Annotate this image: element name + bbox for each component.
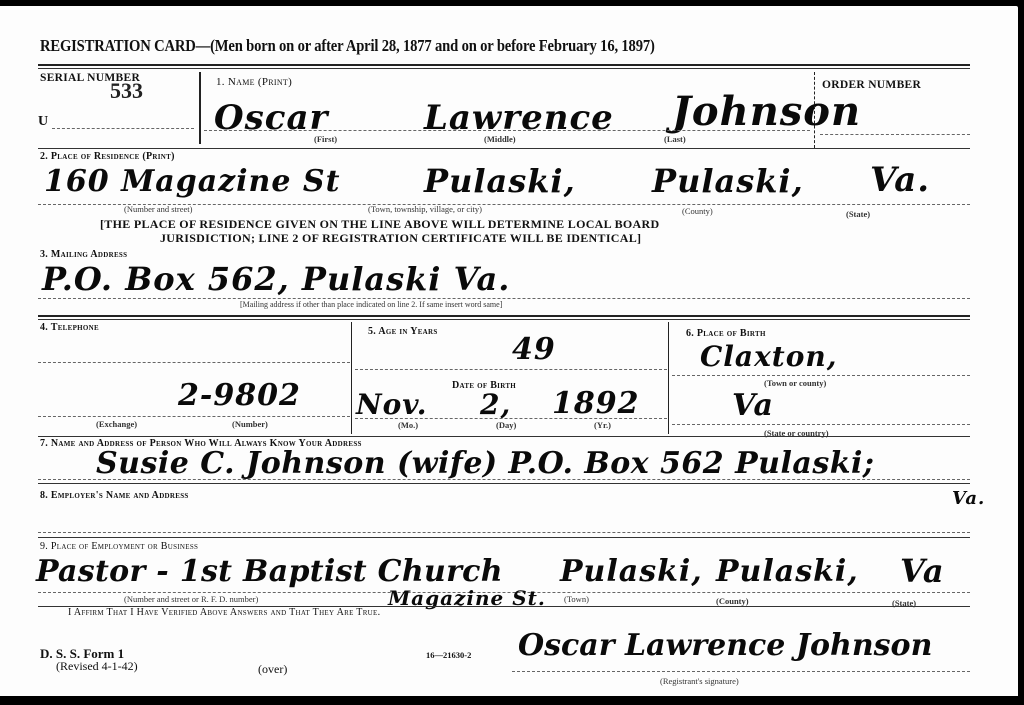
employment-town: Pulaski,: [560, 554, 703, 589]
row1-rule: [38, 148, 970, 149]
residence-notice-line2: JURISDICTION; LINE 2 OF REGISTRATION CER…: [160, 232, 641, 245]
residence-state-caption: (State): [846, 209, 870, 219]
residence-town-caption: (Town, township, village, or city): [368, 204, 482, 214]
dob-month-caption: (Mo.): [398, 420, 418, 430]
employment-value: Pastor - 1st Baptist Church: [36, 554, 503, 589]
residence-county-caption: (County): [682, 206, 713, 216]
title-rule: [38, 64, 970, 66]
name-last: Johnson: [672, 88, 861, 135]
residence-state: Va.: [870, 160, 930, 200]
employment-label: 9. Place of Employment or Business: [40, 541, 198, 552]
serial-line: [52, 128, 194, 129]
residence-street-caption: (Number and street): [124, 204, 192, 214]
telephone-exchange-caption: (Exchange): [96, 419, 137, 429]
name-label: 1. Name (Print): [216, 76, 292, 88]
contact-line: [38, 479, 970, 480]
serial-divider: [199, 72, 201, 144]
mailing-line: [38, 298, 970, 299]
row3-rule-2: [38, 319, 970, 320]
row6-rule: [38, 537, 970, 538]
name-middle-caption: (Middle): [484, 134, 516, 144]
dob-year: 1892: [552, 386, 640, 421]
name-first-caption: (First): [314, 134, 337, 144]
contact-value: Susie C. Johnson (wife) P.O. Box 562 Pul…: [96, 446, 874, 481]
form-over: (over): [258, 662, 287, 677]
age-value: 49: [512, 332, 556, 367]
name-last-caption: (Last): [664, 134, 686, 144]
dob-month: Nov.: [356, 388, 427, 421]
serial-number-value: 533: [110, 78, 143, 104]
dob-line: [355, 418, 667, 419]
residence-notice-line1: [THE PLACE OF RESIDENCE GIVEN ON THE LIN…: [100, 218, 659, 231]
order-number-line: [820, 134, 970, 135]
row4-rule: [38, 436, 970, 437]
telephone-divider: [351, 322, 352, 434]
birthplace-label: 6. Place of Birth: [686, 328, 766, 339]
contact-value-cont: Va.: [952, 488, 985, 509]
birthplace-line-1: [672, 375, 970, 376]
employment-state: Va: [900, 552, 945, 590]
telephone-line-2: [38, 416, 350, 417]
birthplace-line-2: [672, 424, 970, 425]
order-divider: [814, 72, 815, 148]
employment-county-caption: (County): [716, 596, 749, 606]
birthplace-town-caption: (Town or county): [764, 378, 826, 388]
employment-county: Pulaski,: [716, 554, 859, 589]
telephone-number-caption: (Number): [232, 419, 268, 429]
signature-line: [512, 671, 970, 672]
name-line: [204, 130, 810, 131]
dob-year-caption: (Yr.): [594, 420, 611, 430]
age-line: [355, 369, 667, 370]
birthplace-town: Claxton,: [700, 340, 837, 373]
residence-label: 2. Place of Residence (Print): [40, 151, 175, 162]
residence-town: Pulaski,: [424, 162, 576, 200]
card-title: REGISTRATION CARD—(Men born on or after …: [40, 36, 655, 56]
registrant-signature: Oscar Lawrence Johnson: [518, 628, 932, 663]
form-revised: (Revised 4-1-42): [56, 659, 138, 674]
mailing-label: 3. Mailing Address: [40, 249, 127, 260]
serial-prefix: U: [38, 114, 48, 130]
mailing-caption: [Mailing address if other than place ind…: [240, 300, 502, 309]
telephone-line-1: [38, 362, 350, 363]
residence-street: 160 Magazine St: [44, 164, 340, 199]
employer-label: 8. Employer's Name and Address: [40, 490, 189, 501]
employer-line: [38, 532, 970, 533]
employment-street-caption: (Number and street or R. F. D. number): [124, 594, 258, 604]
dob-day: 2,: [480, 388, 511, 421]
employment-town-caption: (Town): [564, 594, 589, 604]
telephone-label: 4. Telephone: [40, 322, 99, 333]
mailing-value: P.O. Box 562, Pulaski Va.: [42, 260, 510, 298]
name-middle: Lawrence: [424, 98, 614, 138]
dob-divider: [668, 322, 669, 434]
affirmation-text: I Affirm That I Have Verified Above Answ…: [68, 607, 380, 618]
dob-day-caption: (Day): [496, 420, 516, 430]
birthplace-state: Va: [732, 388, 774, 423]
age-label: 5. Age in Years: [368, 326, 438, 337]
row5-rule: [38, 483, 970, 484]
title-rule-2: [38, 68, 970, 69]
telephone-value: 2-9802: [178, 378, 301, 413]
signature-caption: (Registrant's signature): [660, 676, 739, 686]
form-code: 16—21630-2: [426, 650, 471, 660]
order-number-label: ORDER NUMBER: [822, 79, 921, 91]
row3-rule: [38, 315, 970, 317]
name-first: Oscar: [214, 98, 328, 138]
registration-card: REGISTRATION CARD—(Men born on or after …: [0, 6, 1018, 696]
residence-county: Pulaski,: [652, 162, 804, 200]
